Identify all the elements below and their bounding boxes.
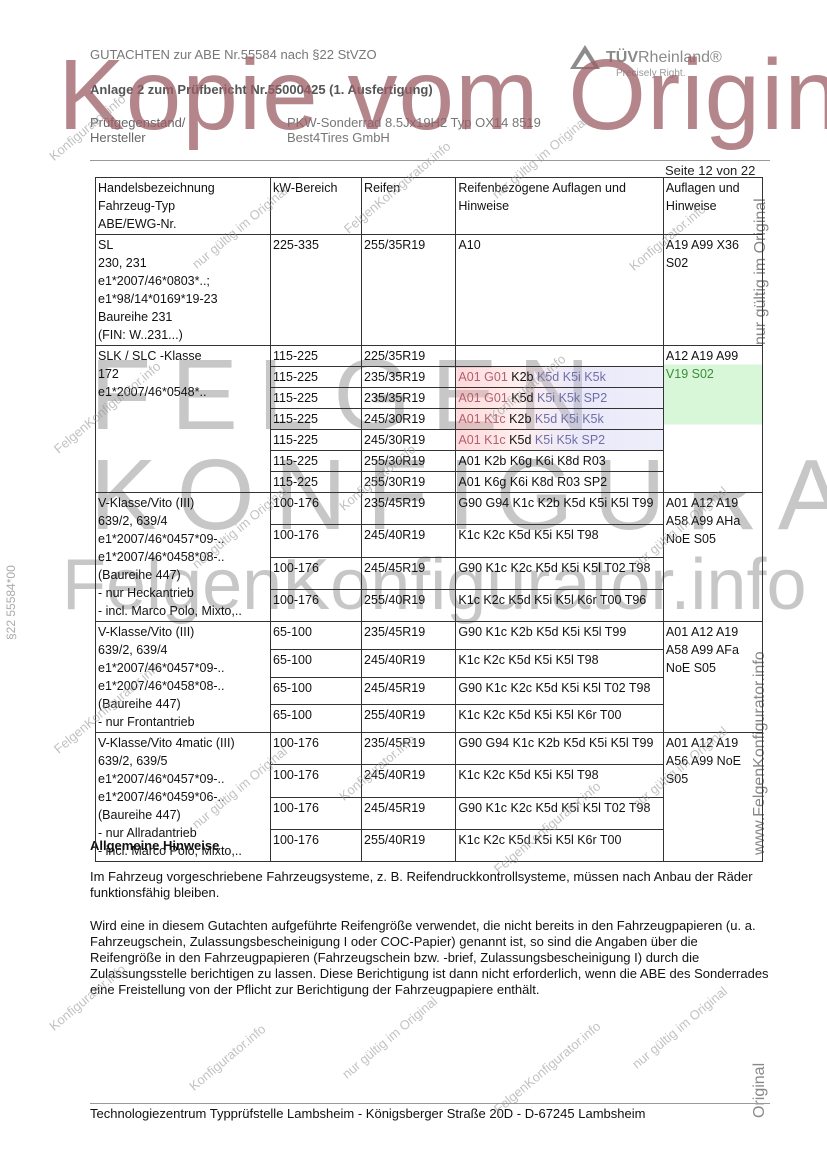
vehicle-line: 172: [98, 365, 268, 383]
document-title: GUTACHTEN zur ABE Nr.55584 nach §22 StVZ…: [90, 47, 377, 62]
kw-range-cell: 65-100: [271, 622, 362, 650]
logo-brand-bold: TÜV: [606, 49, 638, 66]
subject-value: PKW-Sonderrad 8.5Jx19H2 Typ OX14 8519 Be…: [287, 115, 541, 145]
kw-range-cell: 115-225: [271, 367, 362, 388]
tire-conditions-cell: A01 K1c K2b K5d K5i K5k: [456, 409, 664, 430]
diagonal-watermark-text: Konfigurator.info: [186, 1021, 268, 1093]
tire-size-cell: 245/45R19: [362, 557, 456, 589]
hint-paragraph-2: Wird eine in diesem Gutachten aufgeführt…: [90, 918, 770, 998]
tire-size-cell: 245/40R19: [362, 649, 456, 677]
tire-conditions-cell: G90 K1c K2b K5d K5i K5l T99: [456, 622, 664, 650]
general-conditions-cell: A01 A12 A19 A58 A99 AHa NoE S05: [663, 493, 762, 622]
tire-approval-table: Handelsbezeichnung Fahrzeug-Typ ABE/EWG-…: [95, 177, 763, 862]
tire-conditions-cell: A01 G01 K5d K5i K5k SP2: [456, 388, 664, 409]
footer-divider: [90, 1103, 770, 1104]
table-row: V-Klasse/Vito 4matic (III)639/2, 639/5e1…: [96, 733, 763, 765]
kw-range-cell: 100-176: [271, 797, 362, 829]
vehicle-line: V-Klasse/Vito (III): [98, 494, 268, 512]
vehicle-line: e1*2007/46*0458*08-..: [98, 677, 268, 695]
tire-conditions-cell: A01 G01 K2b K5d K5i K5k: [456, 367, 664, 388]
tire-conditions-cell: A10: [456, 235, 664, 346]
kw-range-cell: 115-225: [271, 451, 362, 472]
tire-conditions-cell: G90 K1c K2c K5d K5i K5l T02 T98: [456, 557, 664, 589]
vehicle-line: V-Klasse/Vito (III): [98, 623, 268, 641]
table-row: SL230, 231e1*2007/46*0803*..;e1*98/14*01…: [96, 235, 763, 346]
header-cell: Reifen: [362, 178, 456, 235]
kw-range-cell: 115-225: [271, 430, 362, 451]
tire-conditions-cell: K1c K2c K5d K5i K5l K6r T00: [456, 829, 664, 861]
kw-range-cell: 100-176: [271, 557, 362, 589]
subject-label-line2: Hersteller: [90, 130, 185, 145]
vehicle-line: SL: [98, 236, 268, 254]
kw-range-cell: 115-225: [271, 409, 362, 430]
general-conditions-cell: A19 A99 X36 S02: [663, 235, 762, 346]
tire-size-cell: 245/30R19: [362, 409, 456, 430]
vehicle-line: e1*2007/46*0459*06-..: [98, 788, 268, 806]
tire-size-cell: 235/35R19: [362, 388, 456, 409]
kw-range-cell: 100-176: [271, 493, 362, 525]
page-number: Seite 12 von 22: [665, 163, 755, 178]
vehicle-line: Baureihe 231: [98, 308, 268, 326]
tire-conditions-cell: G90 G94 K1c K2b K5d K5i K5l T99: [456, 733, 664, 765]
table-row: V-Klasse/Vito (III)639/2, 639/4e1*2007/4…: [96, 622, 763, 650]
general-conditions-cell: A01 A12 A19 A56 A99 NoE S05: [663, 733, 762, 862]
vehicle-line: - incl. Marco Polo, Mixto,..: [98, 602, 268, 620]
vehicle-cell: SL230, 231e1*2007/46*0803*..;e1*98/14*01…: [96, 235, 271, 346]
vehicle-cell: V-Klasse/Vito (III)639/2, 639/4e1*2007/4…: [96, 493, 271, 622]
tire-size-cell: 245/40R19: [362, 525, 456, 557]
product-name: PKW-Sonderrad 8.5Jx19H2 Typ OX14 8519: [287, 115, 541, 130]
tire-size-cell: 255/40R19: [362, 705, 456, 733]
tuv-triangle-icon: [570, 45, 600, 69]
footer-address: Technologiezentrum Typprüfstelle Lambshe…: [90, 1106, 645, 1121]
tire-size-cell: 255/30R19: [362, 472, 456, 493]
vehicle-cell: SLK / SLC -Klasse172e1*2007/46*0548*..: [96, 346, 271, 493]
header-cell: Reifenbezogene Auflagen und Hinweise: [456, 178, 664, 235]
vehicle-line: e1*2007/46*0457*09-..: [98, 530, 268, 548]
vehicle-line: SLK / SLC -Klasse: [98, 347, 268, 365]
vehicle-line: (FIN: W..231...): [98, 326, 268, 344]
logo-tagline: Precisely Right.: [616, 68, 685, 79]
side-watermark-original-bottom: Original: [751, 1063, 769, 1118]
tire-conditions-cell: [456, 346, 664, 367]
vehicle-line: - nur Heckantrieb: [98, 584, 268, 602]
vehicle-line: e1*98/14*0169*19-23: [98, 290, 268, 308]
table-row: SLK / SLC -Klasse172e1*2007/46*0548*..11…: [96, 346, 763, 367]
header-divider: [90, 160, 770, 161]
general-conditions-cell: A01 A12 A19 A58 A99 AFa NoE S05: [663, 622, 762, 733]
tire-size-cell: 255/40R19: [362, 829, 456, 861]
vehicle-cell: V-Klasse/Vito 4matic (III)639/2, 639/5e1…: [96, 733, 271, 862]
kw-range-cell: 65-100: [271, 705, 362, 733]
tire-conditions-cell: K1c K2c K5d K5i K5l K6r T00: [456, 705, 664, 733]
vehicle-line: - incl. Marco Polo, Mixto,..: [98, 842, 268, 860]
highlighted-conditions: V19 S02: [666, 365, 760, 383]
vehicle-line: e1*2007/46*0803*..;: [98, 272, 268, 290]
tire-conditions-cell: K1c K2c K5d K5i K5l T98: [456, 525, 664, 557]
tire-size-cell: 245/45R19: [362, 797, 456, 829]
logo-brand-rest: Rheinland®: [638, 49, 722, 66]
vehicle-cell: V-Klasse/Vito (III)639/2, 639/4e1*2007/4…: [96, 622, 271, 733]
kw-range-cell: 65-100: [271, 649, 362, 677]
vehicle-line: 639/2, 639/5: [98, 752, 268, 770]
side-reference: §22 55584*00: [4, 565, 18, 640]
tire-conditions-cell: A01 K2b K6g K6i K8d R03: [456, 451, 664, 472]
tire-size-cell: 235/35R19: [362, 367, 456, 388]
subject-label: Prüfgegenstand/ Hersteller: [90, 115, 185, 145]
vehicle-line: (Baureihe 447): [98, 695, 268, 713]
vehicle-line: e1*2007/46*0457*09-..: [98, 659, 268, 677]
header-cell: kW-Bereich: [271, 178, 362, 235]
vehicle-line: - nur Allradantrieb: [98, 824, 268, 842]
manufacturer-name: Best4Tires GmbH: [287, 130, 541, 145]
tire-size-cell: 225/35R19: [362, 346, 456, 367]
tire-size-cell: 235/45R19: [362, 493, 456, 525]
vehicle-line: 230, 231: [98, 254, 268, 272]
diagonal-watermark-text: nur gültig im Original: [339, 993, 440, 1081]
vehicle-line: - nur Frontantrieb: [98, 713, 268, 731]
tire-size-cell: 255/30R19: [362, 451, 456, 472]
tire-conditions-cell: K1c K2c K5d K5i K5l K6r T00 T96: [456, 589, 664, 621]
tire-conditions-cell: K1c K2c K5d K5i K5l T98: [456, 649, 664, 677]
hint-paragraph-1: Im Fahrzeug vorgeschriebene Fahrzeugsyst…: [90, 869, 770, 901]
kw-range-cell: 115-225: [271, 472, 362, 493]
tire-conditions-cell: G90 G94 K1c K2b K5d K5i K5l T99: [456, 493, 664, 525]
kw-range-cell: 65-100: [271, 677, 362, 705]
vehicle-line: V-Klasse/Vito 4matic (III): [98, 734, 268, 752]
kw-range-cell: 100-176: [271, 765, 362, 797]
tire-size-cell: 235/45R19: [362, 622, 456, 650]
tire-conditions-cell: A01 K1c K5d K5i K5k SP2: [456, 430, 664, 451]
tire-conditions-cell: A01 K6g K6i K8d R03 SP2: [456, 472, 664, 493]
tire-size-cell: 245/30R19: [362, 430, 456, 451]
tire-size-cell: 235/45R19: [362, 733, 456, 765]
vehicle-line: 639/2, 639/4: [98, 641, 268, 659]
vehicle-line: e1*2007/46*0457*09-..: [98, 770, 268, 788]
header-cell: Handelsbezeichnung Fahrzeug-Typ ABE/EWG-…: [96, 178, 271, 235]
tire-conditions-cell: G90 K1c K2c K5d K5i K5l T02 T98: [456, 797, 664, 829]
vehicle-line: (Baureihe 447): [98, 566, 268, 584]
tire-size-cell: 245/40R19: [362, 765, 456, 797]
table-header-row: Handelsbezeichnung Fahrzeug-Typ ABE/EWG-…: [96, 178, 763, 235]
kw-range-cell: 100-176: [271, 525, 362, 557]
kw-range-cell: 115-225: [271, 346, 362, 367]
vehicle-line: e1*2007/46*0458*08-..: [98, 548, 268, 566]
appendix-title: Anlage 2 zum Prüfbericht Nr.55000425 (1.…: [90, 82, 433, 97]
kw-range-cell: 100-176: [271, 589, 362, 621]
tire-conditions-cell: G90 K1c K2c K5d K5i K5l T02 T98: [456, 677, 664, 705]
general-conditions-cell: A12 A19 A99V19 S02: [663, 346, 762, 493]
tire-conditions-cell: K1c K2c K5d K5i K5l T98: [456, 765, 664, 797]
subject-label-line1: Prüfgegenstand/: [90, 115, 185, 130]
tire-size-cell: 245/45R19: [362, 677, 456, 705]
table-row: V-Klasse/Vito (III)639/2, 639/4e1*2007/4…: [96, 493, 763, 525]
kw-range-cell: 225-335: [271, 235, 362, 346]
logo-brand: TÜVRheinland®: [606, 49, 722, 67]
vehicle-line: 639/2, 639/4: [98, 512, 268, 530]
header-cell: Auflagen und Hinweise: [663, 178, 762, 235]
kw-range-cell: 100-176: [271, 829, 362, 861]
tire-size-cell: 255/35R19: [362, 235, 456, 346]
vehicle-line: e1*2007/46*0548*..: [98, 383, 268, 401]
vehicle-line: (Baureihe 447): [98, 806, 268, 824]
diagonal-watermark-text: FelgenKonfigurator.info: [491, 1019, 604, 1117]
kw-range-cell: 100-176: [271, 733, 362, 765]
tire-size-cell: 255/40R19: [362, 589, 456, 621]
kw-range-cell: 115-225: [271, 388, 362, 409]
